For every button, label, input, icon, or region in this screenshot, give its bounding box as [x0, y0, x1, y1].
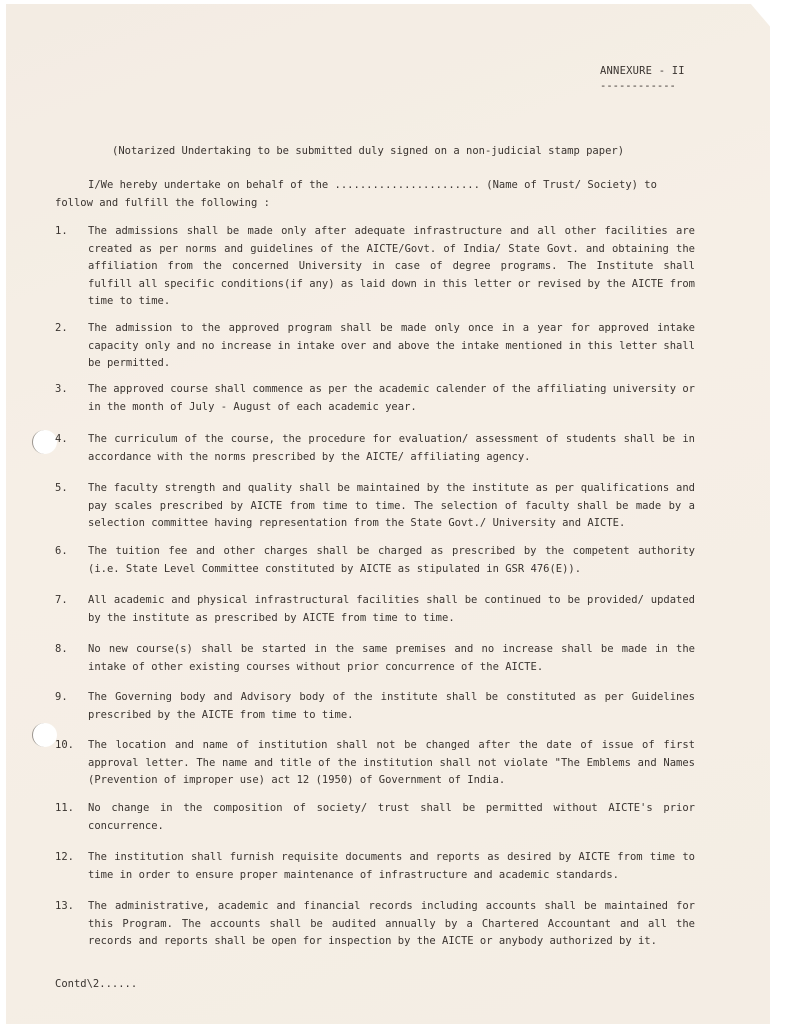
- list-item: 7.All academic and physical infrastructu…: [55, 592, 695, 627]
- item-text: The administrative, academic and financi…: [88, 898, 695, 951]
- item-number: 12.: [55, 849, 85, 867]
- intro-text: I/We hereby undertake on behalf of the .…: [55, 179, 657, 209]
- intro-paragraph: I/We hereby undertake on behalf of the .…: [55, 176, 695, 212]
- punch-hole: [32, 723, 57, 747]
- item-text: All academic and physical infrastructura…: [88, 592, 695, 627]
- item-number: 2.: [55, 320, 85, 338]
- item-text: The admissions shall be made only after …: [88, 223, 695, 311]
- item-number: 3.: [55, 381, 85, 399]
- item-number: 5.: [55, 480, 85, 498]
- list-item: 11.No change in the composition of socie…: [55, 800, 695, 835]
- item-text: No new course(s) shall be started in the…: [88, 641, 695, 676]
- item-number: 1.: [55, 223, 85, 241]
- list-item: 2.The admission to the approved program …: [55, 320, 695, 373]
- item-number: 7.: [55, 592, 85, 610]
- punch-hole: [32, 430, 57, 454]
- list-item: 6.The tuition fee and other charges shal…: [55, 543, 695, 578]
- list-item: 13.The administrative, academic and fina…: [55, 898, 695, 951]
- item-text: The institution shall furnish requisite …: [88, 849, 695, 884]
- item-text: The faculty strength and quality shall b…: [88, 480, 695, 533]
- list-item: 9.The Governing body and Advisory body o…: [55, 689, 695, 724]
- item-text: The Governing body and Advisory body of …: [88, 689, 695, 724]
- list-item: 4.The curriculum of the course, the proc…: [55, 431, 695, 466]
- item-number: 11.: [55, 800, 85, 818]
- list-item: 10.The location and name of institution …: [55, 737, 695, 790]
- list-item: 3.The approved course shall commence as …: [55, 381, 695, 416]
- list-item: 8.No new course(s) shall be started in t…: [55, 641, 695, 676]
- item-number: 6.: [55, 543, 85, 561]
- list-item: 12.The institution shall furnish requisi…: [55, 849, 695, 884]
- list-item: 5.The faculty strength and quality shall…: [55, 480, 695, 533]
- annexure-heading: ANNEXURE - II: [600, 65, 685, 77]
- item-text: No change in the composition of society/…: [88, 800, 695, 835]
- annexure-underline: ------------: [600, 80, 676, 92]
- item-text: The curriculum of the course, the proced…: [88, 431, 695, 466]
- item-text: The location and name of institution sha…: [88, 737, 695, 790]
- item-text: The approved course shall commence as pe…: [88, 381, 695, 416]
- item-text: The admission to the approved program sh…: [88, 320, 695, 373]
- item-text: The tuition fee and other charges shall …: [88, 543, 695, 578]
- item-number: 10.: [55, 737, 85, 755]
- item-number: 13.: [55, 898, 85, 916]
- item-number: 8.: [55, 641, 85, 659]
- continued-marker: Contd\2......: [55, 978, 137, 990]
- list-item: 1.The admissions shall be made only afte…: [55, 223, 695, 311]
- item-number: 4.: [55, 431, 85, 449]
- item-number: 9.: [55, 689, 85, 707]
- instruction-note: (Notarized Undertaking to be submitted d…: [112, 145, 624, 157]
